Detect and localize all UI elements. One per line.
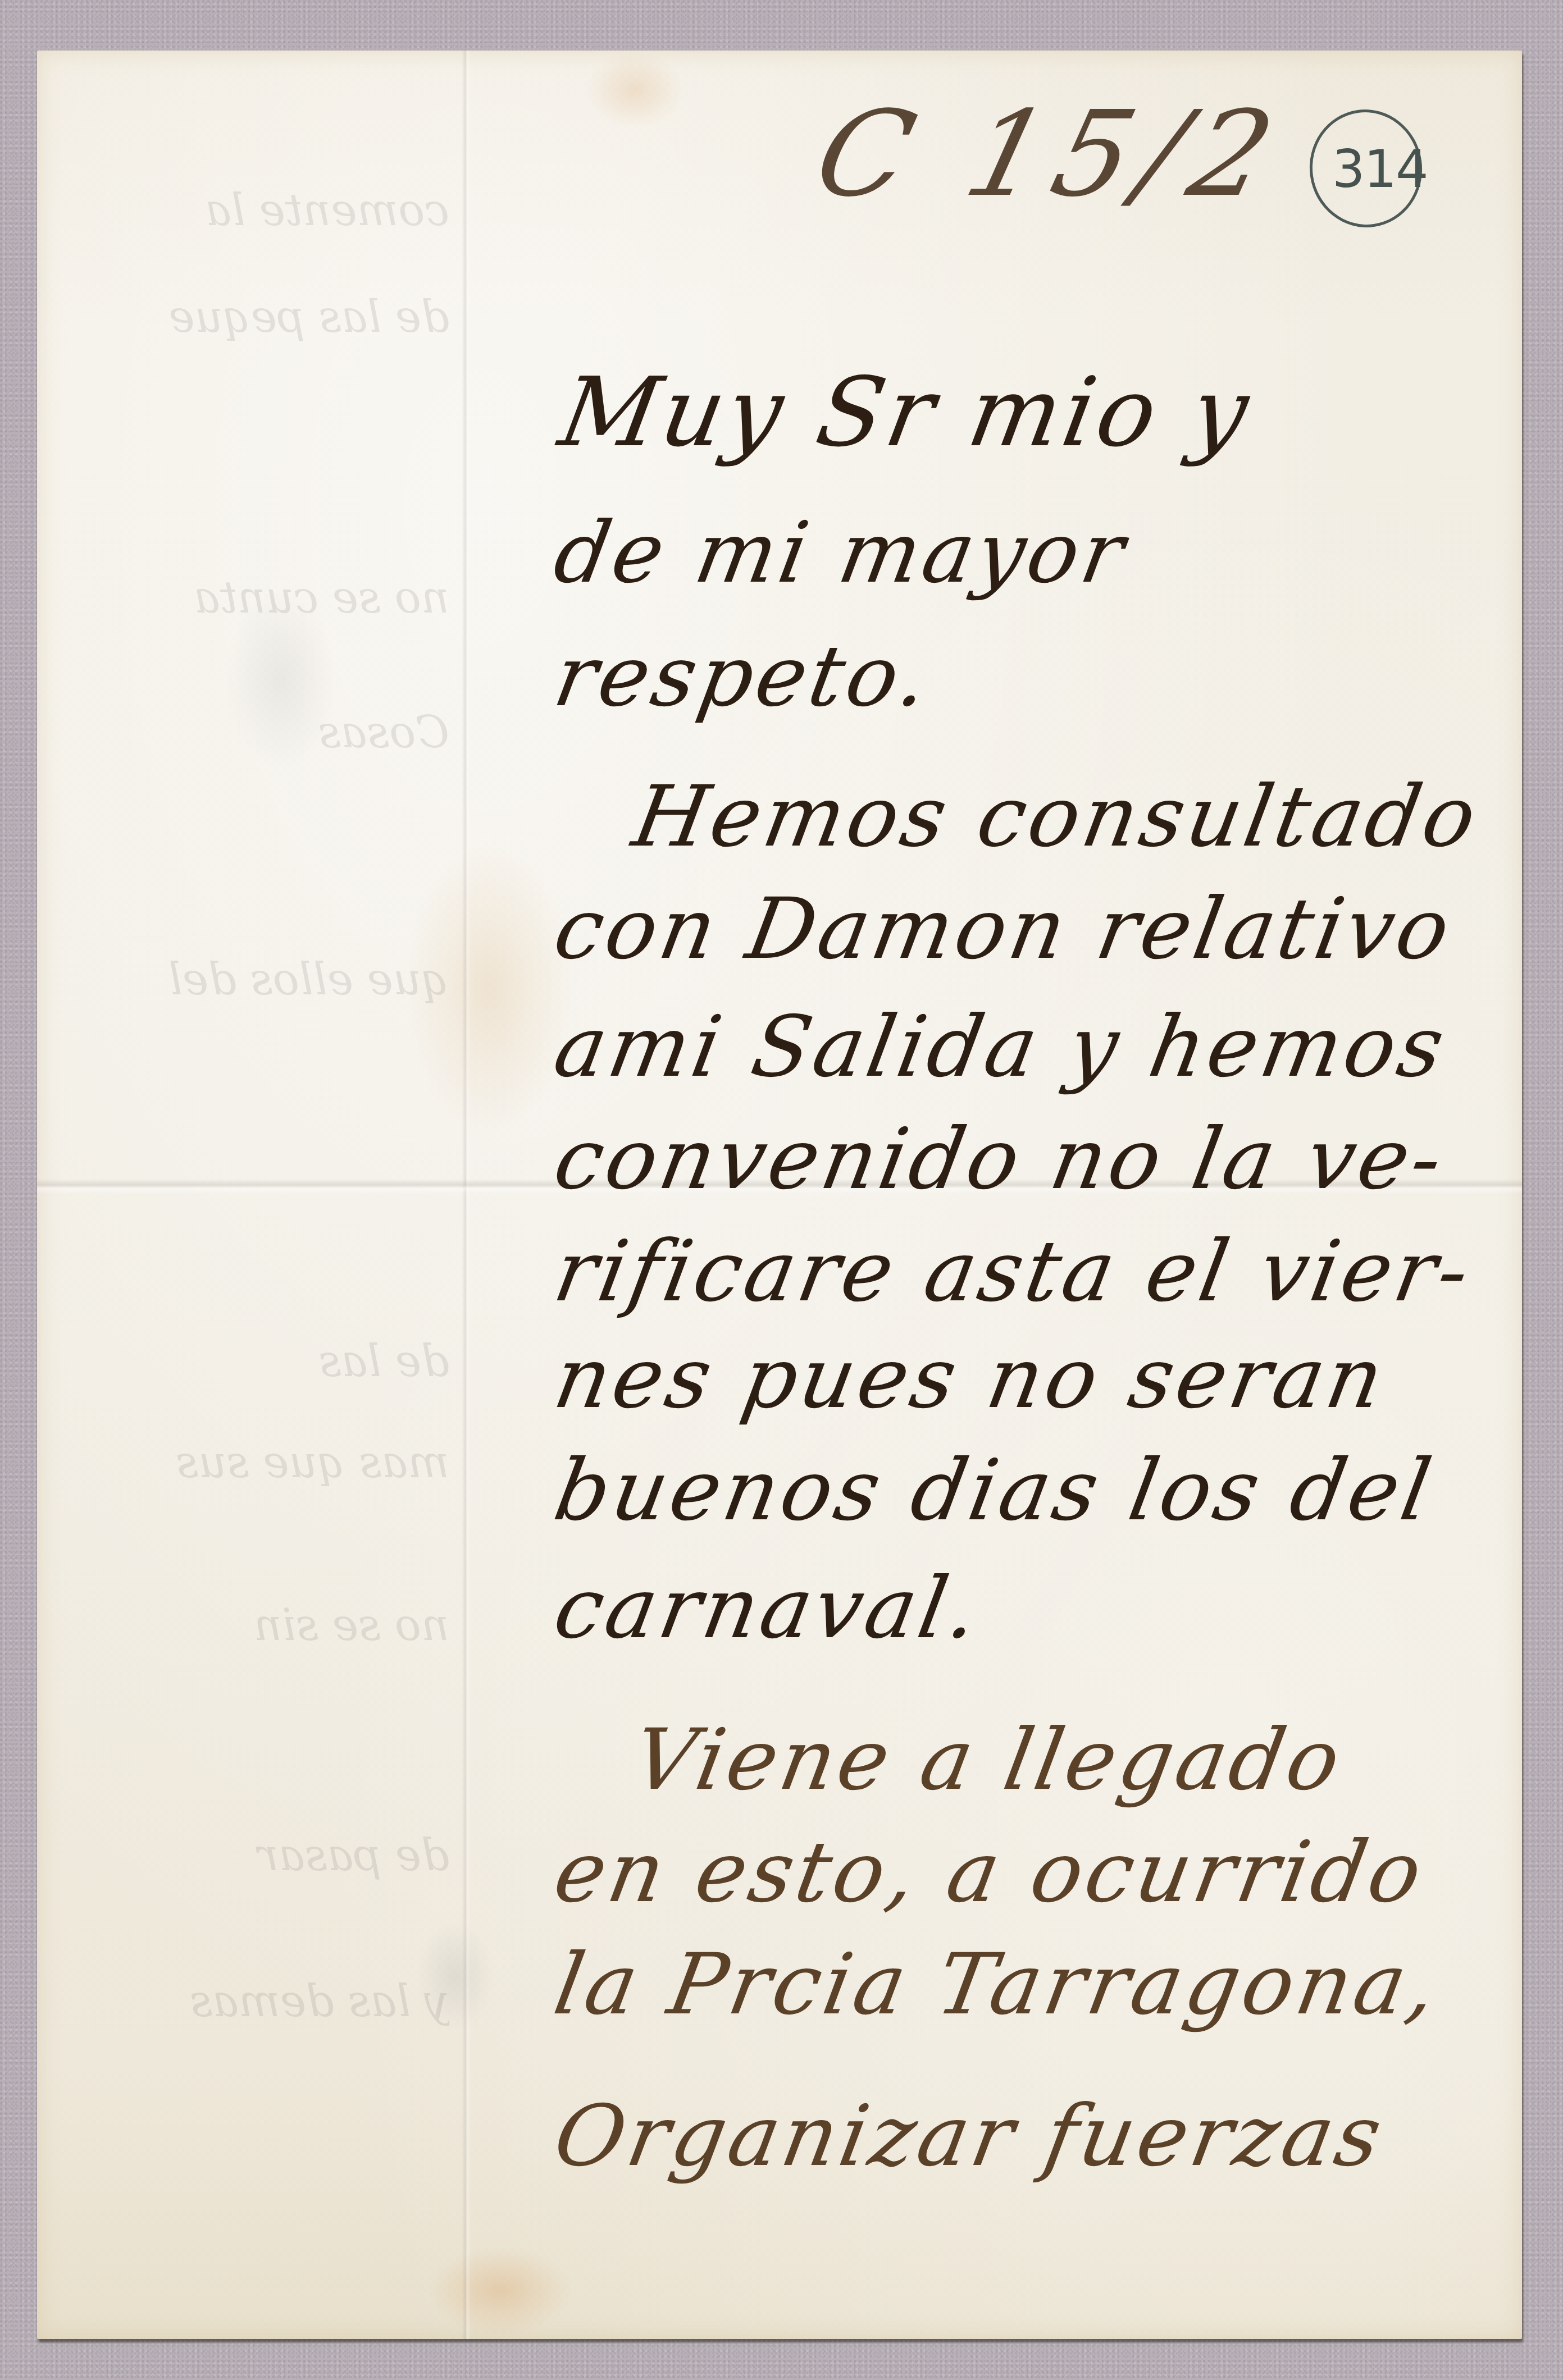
bleed-through-text: mas que sus: [101, 1437, 449, 1488]
salutation-line: de mi mayor: [549, 511, 1133, 595]
body-line: nes pues no seran: [549, 1336, 1393, 1420]
bleed-through-text: y las demas: [101, 1976, 449, 2027]
salutation-line: respeto.: [549, 634, 937, 719]
bleed-through-text: de las peque: [101, 292, 449, 342]
archive-reference-mark: C 15/2: [805, 95, 1295, 213]
body-line: convenido no la ve-: [549, 1117, 1451, 1202]
bleed-through-text: no se cunta: [101, 573, 449, 623]
body-line: Viene a llegado: [627, 1718, 1350, 1802]
body-line: ami Salida y hemos: [549, 1005, 1453, 1089]
body-line: con Damon relativo: [549, 887, 1459, 971]
body-line: Hemos consultado: [627, 775, 1485, 859]
salutation-line: Muy Sr mio y: [553, 365, 1258, 460]
body-line: carnaval.: [549, 1566, 987, 1651]
bleed-through-text: comente la: [101, 185, 449, 236]
body-line: en esto, a ocurrido: [549, 1830, 1431, 1915]
body-line: Organizar fuerzas: [549, 2094, 1391, 2178]
body-line: buenos dias los del: [549, 1449, 1440, 1533]
bleed-through-text: que ellos del: [101, 954, 449, 1005]
body-line: la Prcia Tarragona,: [549, 1943, 1446, 2027]
vertical-fold-line: [462, 51, 471, 2339]
bleed-through-text: no se sin: [101, 1600, 449, 1651]
folio-number: 314: [1332, 139, 1428, 199]
body-line: rificare asta el vier-: [549, 1230, 1478, 1314]
bleed-through-text: de las: [101, 1336, 449, 1387]
bleed-through-text: de pasar: [101, 1830, 449, 1881]
bleed-through-text: Cosas: [101, 707, 449, 758]
